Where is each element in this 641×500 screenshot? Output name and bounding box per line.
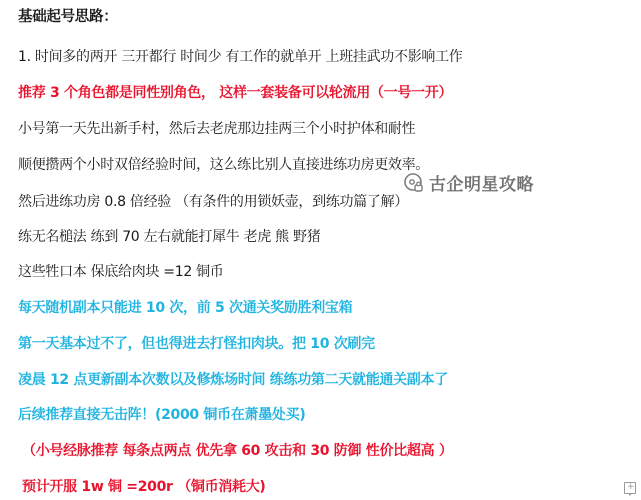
text-line: 后续推荐直接无击阵！(2000 铜币在萧墨处买): [18, 406, 305, 424]
text-line: 这些牲口本 保底给肉块 =12 铜币: [18, 263, 224, 281]
document: 基础起号思路： 1. 时间多的两开 三开都行 时间少 有工作的就单开 上班挂武功…: [0, 0, 641, 500]
text-line: 小号第一天先出新手村，然后去老虎那边挂两三个小时护体和耐性: [18, 120, 415, 138]
text-line: 然后进练功房 0.8 倍经验 （有条件的用锁妖壶，到练功篇了解）: [18, 193, 408, 211]
text-line: （小号经脉推荐 每条点两点 优先拿 60 攻击和 30 防御 性价比超高 ）: [22, 442, 453, 460]
text-line: 凌晨 12 点更新副本次数以及修炼场时间 练练功第二天就能通关副本了: [18, 371, 448, 389]
text-line: 每天随机副本只能进 10 次，前 5 次通关奖励胜利宝箱: [18, 299, 352, 317]
watermark-text: 古企明星攻略: [429, 170, 534, 195]
text-line: 顺便攒两个小时双倍经验时间，这么练比别人直接进练功房更效率。: [18, 156, 429, 174]
text-line: 推荐 3 个角色都是同性别角色， 这样一套装备可以轮流用（一号一开）: [18, 84, 452, 102]
document-title: 基础起号思路：: [18, 8, 117, 26]
text-line: 预计开服 1w 铜 =200r （铜币消耗大): [22, 478, 266, 496]
text-line: 第一天基本过不了，但也得进去打怪扣肉块。把 10 次刷完: [18, 335, 375, 353]
annotation-icon[interactable]: +: [624, 482, 636, 494]
text-line: 练无名槌法 练到 70 左右就能打犀牛 老虎 熊 野猪: [18, 228, 320, 246]
logo-icon: [403, 172, 425, 194]
plus-glyph: +: [627, 481, 635, 493]
text-line: 1. 时间多的两开 三开都行 时间少 有工作的就单开 上班挂武功不影响工作: [18, 48, 463, 66]
watermark: 古企明星攻略: [403, 170, 534, 195]
